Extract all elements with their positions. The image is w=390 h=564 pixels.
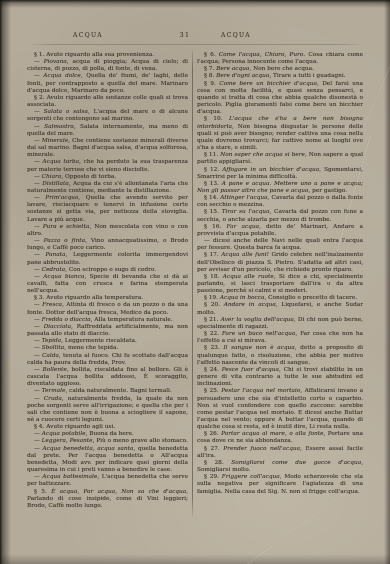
dictionary-entry: § 15. Tirar su l'acqua, Cavarla dal pozz… [197, 209, 363, 223]
dictionary-entry: — Leggera, Pesante, Più o meno grave all… [27, 438, 188, 445]
dictionary-entry: § 11. Non saper che acqua si bere, Non s… [197, 152, 363, 166]
dictionary-entry: — Chiara, Opposto di torba. [27, 174, 188, 181]
dictionary-entry: § 21. Aver la voglia dell'acqua, Di chi … [197, 317, 363, 331]
dictionary-entry: — Minerale, Che contiene sostanze minera… [27, 138, 188, 159]
dictionary-entry: — Fresca, Attinta di fresco o da un pozz… [27, 302, 188, 316]
dictionary-entry: — Salmastra, Salata internamente, ma men… [27, 124, 188, 138]
dictionary-entry: § 13. A pane e acqua. Mettere uno a pane… [197, 181, 363, 195]
dictionary-entry: — Fredda o diaccia, Alla temperatura nat… [27, 317, 188, 324]
right-text-column: § 6. Come l'acqua, Chiaro, Puro. Cosa ch… [197, 52, 363, 518]
dictionary-entry: § 16. Far acqua, detto de' Marinari, And… [197, 224, 363, 238]
dictionary-entry: § 14. Attinger l'acqua, Cavarla dal pozz… [197, 195, 363, 209]
dictionary-entry: § 25. Pestar l'acqua nel mortaio, Affati… [197, 388, 363, 431]
dictionary-entry: — Acqua benedetta, acqua santa, quella b… [27, 446, 188, 475]
dictionary-entry: § 8. Bere d'ogni acqua, Tirare a tutti i… [197, 73, 363, 80]
dictionary-entry: — Pura e schietta, Non mescolata con vin… [27, 224, 188, 238]
header-rule [26, 44, 364, 45]
dictionary-entry: § 9. Come bere un bicchier d'acqua, Del … [197, 81, 363, 117]
dictionary-entry: § 29. Friggere coll'acqua, Modo scherzev… [197, 474, 363, 495]
dictionary-entry: § 18. Acqua alle ruote, Si dice a chi, s… [197, 274, 363, 295]
dictionary-entry: § 22. Fare un buco nell'acqua, Far cosa … [197, 331, 363, 345]
dictionary-entry: § 2. Avuto riguardo alle sostanze colle … [27, 95, 188, 109]
dictionary-entry: — Diacciata, Raffreddata artificialmente… [27, 324, 188, 338]
column-divider-rule [192, 50, 193, 516]
dictionary-entry: — Termale, calda naturalmente. Bagni ter… [27, 388, 188, 395]
running-head-left: ACQUA [73, 32, 103, 39]
running-head-right: ACQUA [221, 32, 251, 39]
dictionary-entry: — Salata o salsa, L'acqua del mare o di … [27, 109, 188, 123]
dictionary-entry: § 27. Prender fuoco nell'acqua, Essere a… [197, 446, 363, 460]
dictionary-entry: — Pazza o finta, Vino annacquatissimo, o… [27, 238, 188, 252]
dictionary-entry: — Acqua bianca, Specie di bevanda che si… [27, 274, 188, 295]
dictionary-entry: § 23. Il sangue non è acqua, detto a pro… [197, 345, 363, 366]
dictionary-entry: — Sbollita, meno che tepida. [27, 345, 188, 352]
dictionary-entry: — Piovana, acqua di pioggia; Acqua di ci… [27, 59, 188, 73]
dictionary-entry: § 17. Acqua alle funi! Grido celebre nel… [197, 252, 363, 273]
dictionary-entry: — Acqua battesimale, L'acqua benedetta c… [27, 474, 188, 488]
page-number: 31 [180, 32, 190, 39]
dictionary-entry: — Bollente, bollita, riscaldata fino al … [27, 367, 188, 388]
dictionary-entry: — Prim'acqua, Quella che avendo servito … [27, 195, 188, 224]
dictionary-entry: — Calda, tenuta al fuoco. Chi fu scottat… [27, 353, 188, 367]
dictionary-entry: — dicesi anche delle Navi nelle quali en… [197, 238, 363, 252]
dictionary-entry: § 12. Affogare in un bicchier d'acqua, S… [197, 167, 363, 181]
dictionary-entry: — Distillata, Acqua da cui s'è allontana… [27, 181, 188, 195]
dictionary-entry: — Panata, Leggermente colorita immergend… [27, 252, 188, 266]
dictionary-entry: § 6. Come l'acqua, Chiaro, Puro. Cosa ch… [197, 52, 363, 66]
dictionary-entry: § 26. Portar acqua al mare, o alla fonte… [197, 431, 363, 445]
dictionary-entry: — Cruda, naturalmente fredda, la quale d… [27, 396, 188, 425]
dictionary-entry: § 10. L'acqua che s'ha a bere non bisogn… [197, 116, 363, 152]
scanned-dictionary-page: ACQUA 31 ACQUA § 1. Avuto riguardo alla … [0, 0, 390, 564]
dictionary-entry: § 24. Pesce fuor d'acqua, Chi si trovi s… [197, 367, 363, 388]
dictionary-entry: — Acqua torba, che ha perduto la sua tra… [27, 159, 188, 173]
dictionary-entry: § 5. È acqua, Par acqua, Non sa che d'ac… [27, 489, 188, 510]
dictionary-entry: — Acqua dolce, Quella de' fiumi, de' lag… [27, 73, 188, 94]
dictionary-entry: § 20. Andare in acqua, Liquefarsi, e anc… [197, 302, 363, 316]
dictionary-entry: § 28. Somigliarsi come due gocce d'acqua… [197, 460, 363, 474]
left-text-column: § 1. Avuto riguardo alla sua provenienza… [27, 52, 188, 518]
dictionary-entry: — Cedrata, Con sciroppo o sugo di cedro. [27, 267, 188, 274]
